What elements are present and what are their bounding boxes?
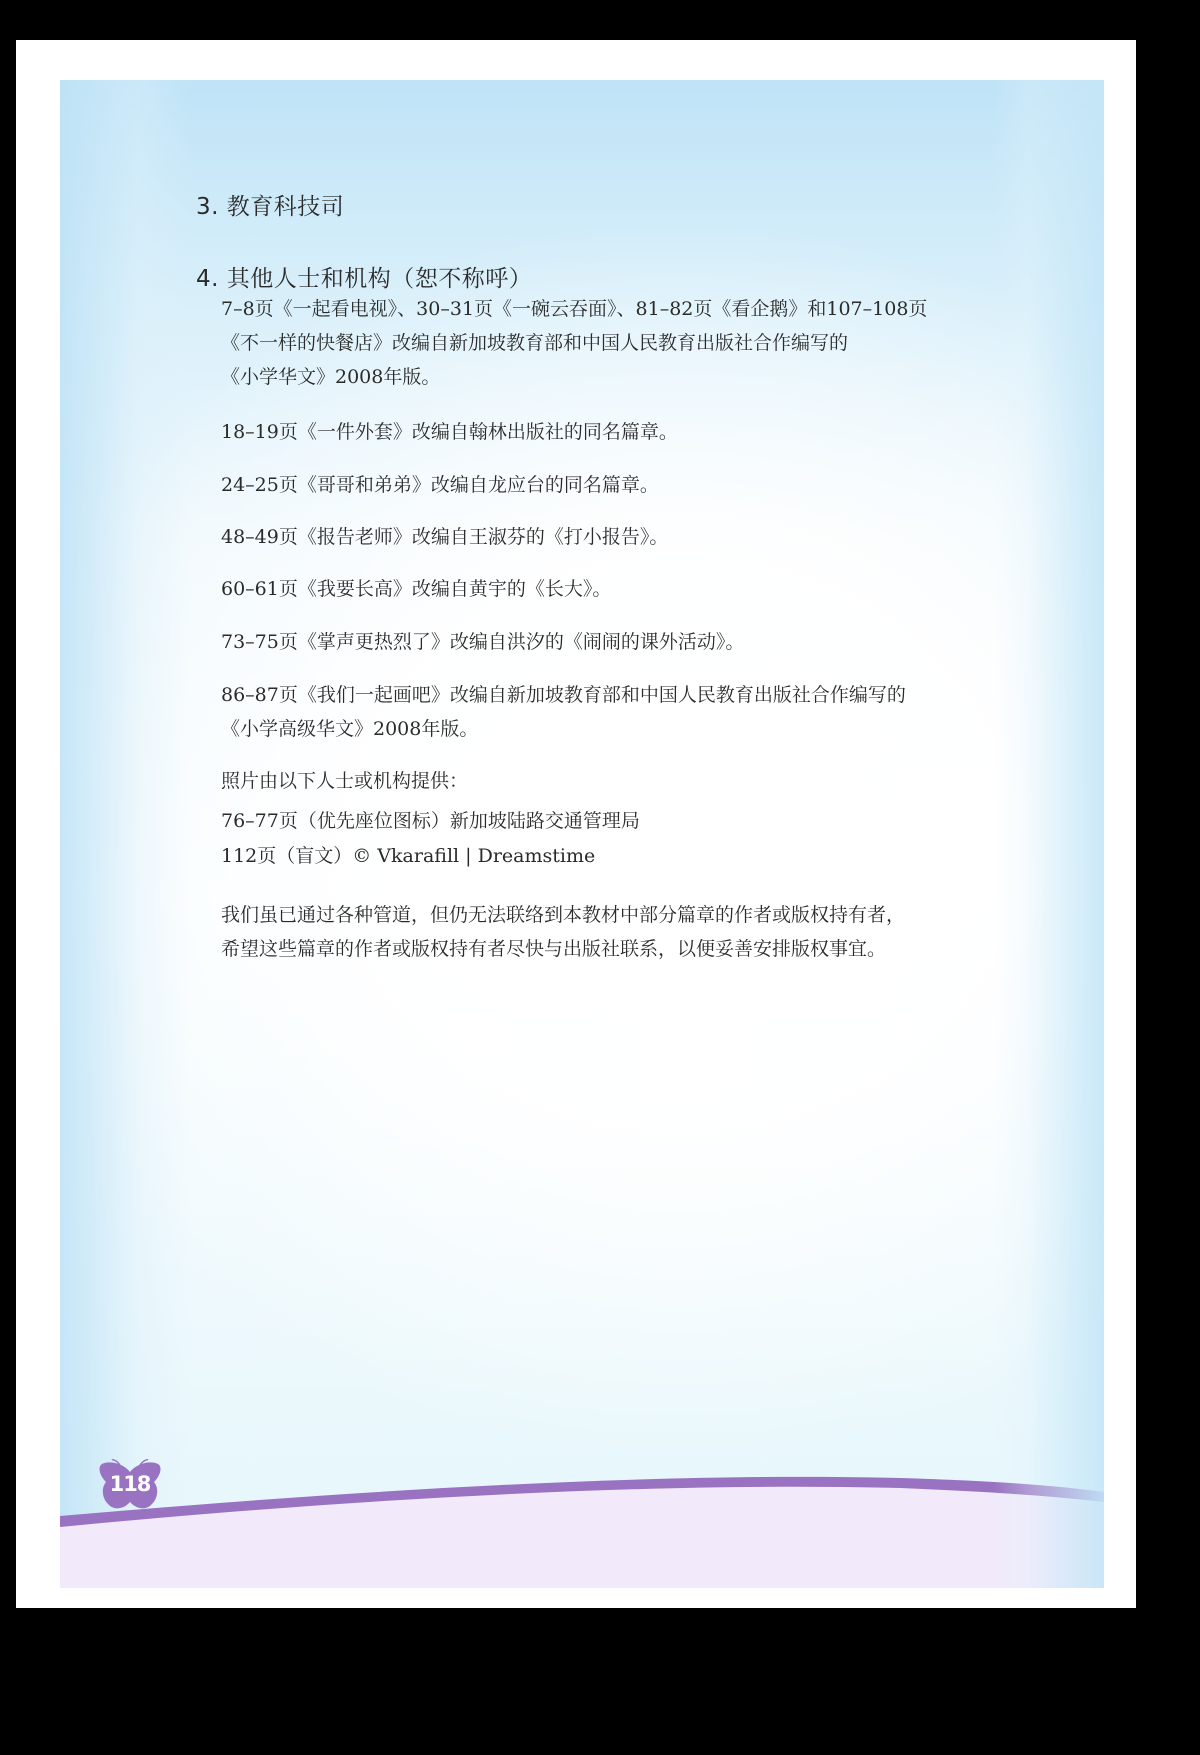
credit-paragraph: 24–25页《哥哥和弟弟》改编自龙应台的同名篇章。	[221, 468, 659, 502]
photo-credits-intro: 照片由以下人士或机构提供：	[221, 764, 468, 798]
text-line: 24–25页《哥哥和弟弟》改编自龙应台的同名篇章。	[221, 468, 659, 502]
text-line: 《不一样的快餐店》改编自新加坡教育部和中国人民教育出版社合作编写的	[221, 326, 927, 360]
section-heading-3: 3. 教育科技司	[196, 188, 344, 221]
credit-paragraph: 48–49页《报告老师》改编自王淑芬的《打小报告》。	[221, 520, 668, 554]
photo-credit-item: 76–77页（优先座位图标）新加坡陆路交通管理局	[221, 804, 640, 838]
credit-paragraph: 18–19页《一件外套》改编自翰林出版社的同名篇章。	[221, 415, 678, 449]
text-line: 希望这些篇章的作者或版权持有者尽快与出版社联系，以便妥善安排版权事宜。	[221, 932, 905, 966]
photo-credit-item: 112页（盲文）© Vkarafill | Dreamstime	[221, 839, 595, 873]
page-content: 3. 教育科技司 4. 其他人士和机构（恕不称呼） 7–8页《一起看电视》、30…	[0, 0, 1200, 1755]
credit-paragraph: 73–75页《掌声更热烈了》改编自洪汐的《闹闹的课外活动》。	[221, 625, 744, 659]
credit-paragraph: 86–87页《我们一起画吧》改编自新加坡教育部和中国人民教育出版社合作编写的 《…	[221, 678, 906, 746]
text-line: 86–87页《我们一起画吧》改编自新加坡教育部和中国人民教育出版社合作编写的	[221, 678, 906, 712]
text-line: 18–19页《一件外套》改编自翰林出版社的同名篇章。	[221, 415, 678, 449]
credit-paragraph: 7–8页《一起看电视》、30–31页《一碗云吞面》、81–82页《看企鹅》和10…	[221, 292, 927, 394]
text-line: 《小学华文》2008年版。	[221, 360, 927, 394]
copyright-notice: 我们虽已通过各种管道，但仍无法联络到本教材中部分篇章的作者或版权持有者， 希望这…	[221, 898, 905, 966]
text-line: 73–75页《掌声更热烈了》改编自洪汐的《闹闹的课外活动》。	[221, 625, 744, 659]
text-line: 48–49页《报告老师》改编自王淑芬的《打小报告》。	[221, 520, 668, 554]
credit-paragraph: 60–61页《我要长高》改编自黄宇的《长大》。	[221, 572, 611, 606]
text-line: 7–8页《一起看电视》、30–31页《一碗云吞面》、81–82页《看企鹅》和10…	[221, 292, 927, 326]
text-line: 60–61页《我要长高》改编自黄宇的《长大》。	[221, 572, 611, 606]
section-heading-4: 4. 其他人士和机构（恕不称呼）	[196, 260, 532, 293]
text-line: 我们虽已通过各种管道，但仍无法联络到本教材中部分篇章的作者或版权持有者，	[221, 898, 905, 932]
text-line: 《小学高级华文》2008年版。	[221, 712, 906, 746]
